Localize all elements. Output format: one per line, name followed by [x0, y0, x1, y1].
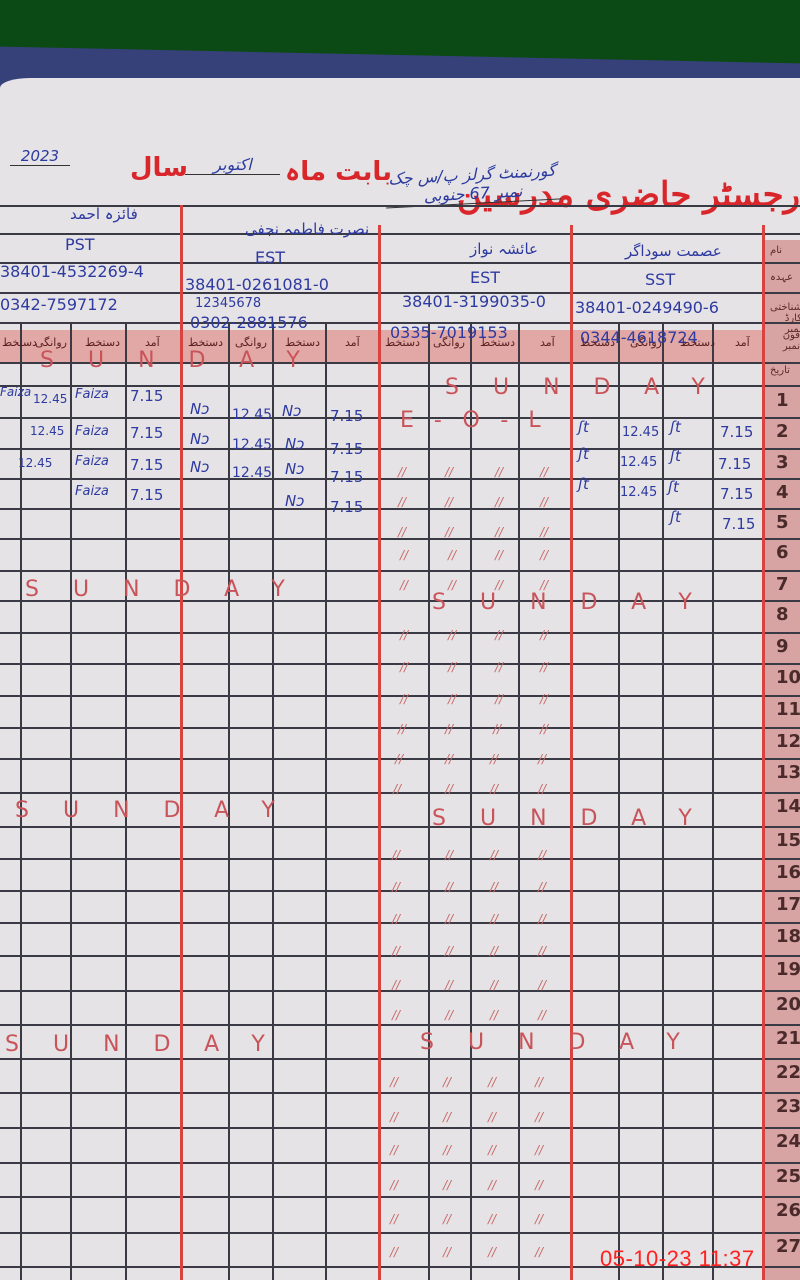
t3-signature-day2: Nↄ: [282, 402, 301, 420]
t1-departure-day3: 12.45: [620, 455, 657, 470]
t1-signature-day2: ʃt: [670, 418, 681, 436]
label-designation: عہدہ: [770, 272, 793, 283]
t4-arrival-day4: 7.15: [130, 456, 163, 474]
teacher-2-name: عائشہ نواز: [470, 240, 538, 258]
teacher-1-name: عصمت سوداگر: [625, 242, 722, 260]
t4-signature-day3: Faiza: [75, 424, 109, 439]
teacher-3-designation: EST: [255, 248, 285, 267]
t1-signature-day5: ʃt: [670, 508, 681, 526]
t1-departure-day2: 12.45: [622, 425, 659, 440]
t3-signature-day3: Nↄ: [285, 435, 304, 453]
t3-signature-day4: Nↄ: [285, 460, 304, 478]
label-phone: فون نمبر: [770, 330, 800, 352]
month-value: اکتوبر: [185, 155, 280, 175]
sunday-marker-right-day8: SUNDAY: [432, 590, 726, 615]
t1-signature2-day4: ʃt: [578, 475, 589, 493]
sunday-marker-left-day1: SUNDAY: [40, 348, 334, 373]
t4-arrival-day5: 7.15: [130, 486, 163, 504]
teacher-3-phone: 0302-2881576: [190, 313, 308, 332]
teacher-2-designation: EST: [470, 268, 500, 287]
teacher-2-cnic: 38401-3199035-0: [402, 292, 546, 311]
t4-departure-day4: 12.45: [18, 456, 52, 470]
teacher-3-phone-extra: 12345678: [195, 296, 261, 311]
teacher-1-cnic: 38401-0249490-6: [575, 298, 719, 317]
t3-arrival-day2: 7.15: [330, 407, 363, 425]
t4-signature-day4: Faiza: [75, 454, 109, 469]
sunday-marker-right-day1: SUNDAY: [445, 375, 739, 400]
teacher-4-cnic: 38401-4532269-4: [0, 262, 144, 281]
t1-departure-day4: 12.45: [620, 485, 657, 500]
sunday-marker-left-day8: SUNDAY: [25, 577, 319, 602]
teacher-3-name: نصرت فاطمہ نجفی: [245, 220, 369, 238]
t3-arrival-day4: 7.15: [330, 468, 363, 486]
year-value: 2023: [10, 147, 70, 166]
sunday-marker-left-day15: SUNDAY: [15, 798, 309, 823]
t3-departure-day4: 12.45: [232, 465, 272, 481]
t3-signature2-day3: Nↄ: [190, 430, 209, 448]
label-name: نام: [770, 245, 782, 256]
t1-arrival-day2: 7.15: [720, 423, 753, 441]
t1-signature-day3: ʃt: [670, 447, 681, 465]
t1-arrival-day3: 7.15: [718, 455, 751, 473]
month-label: بابت ماہ: [285, 157, 392, 187]
t4-departure-day2: 12.45: [33, 392, 67, 406]
t3-departure-day2: 12.45: [232, 407, 272, 423]
t4-arrival-day3: 7.15: [130, 424, 163, 442]
t1-signature-day4: ʃt: [668, 478, 679, 496]
teacher-4-designation: PST: [65, 235, 95, 254]
t1-signature2-day2: ʃt: [578, 418, 589, 436]
t1-arrival-day5: 7.15: [722, 515, 755, 533]
t4-departure-day3: 12.45: [30, 424, 64, 438]
t3-signature-day5: Nↄ: [285, 492, 304, 510]
label-date: تاریخ: [770, 365, 790, 376]
t1-arrival-day4: 7.15: [720, 485, 753, 503]
t1-signature2-day3: ʃt: [578, 445, 589, 463]
sunday-marker-left-day22: SUNDAY: [5, 1032, 299, 1057]
t4-signature-day2: Faiza: [75, 387, 109, 402]
teacher-4-name: فائزہ احمد: [70, 205, 138, 223]
t3-signature2-day4: Nↄ: [190, 458, 209, 476]
year-label: سال: [130, 153, 188, 183]
t3-signature2-day2: Nↄ: [190, 400, 209, 418]
camera-timestamp: 05-10-23 11:37: [600, 1246, 755, 1272]
t4-signature2-day2: Faiza: [0, 385, 31, 399]
t4-signature-day5: Faiza: [75, 484, 109, 499]
t3-departure-day3: 12.45: [232, 437, 272, 453]
sunday-marker-right-day22: SUNDAY: [420, 1030, 714, 1055]
t3-arrival-day5: 7.15: [330, 498, 363, 516]
register-title-row: رجسٹر حاضری مدرسین گورنمنٹ گرلز پ/س چک ن…: [0, 125, 800, 200]
t3-arrival-day3: 7.15: [330, 440, 363, 458]
eol-marker: E-O-L: [400, 408, 561, 433]
teacher-3-cnic: 38401-0261081-0: [185, 275, 329, 294]
teacher-1-designation: SST: [645, 270, 675, 289]
teacher-4-phone: 0342-7597172: [0, 295, 118, 314]
t4-arrival-day2: 7.15: [130, 387, 163, 405]
sunday-marker-right-day15: SUNDAY: [432, 806, 726, 831]
